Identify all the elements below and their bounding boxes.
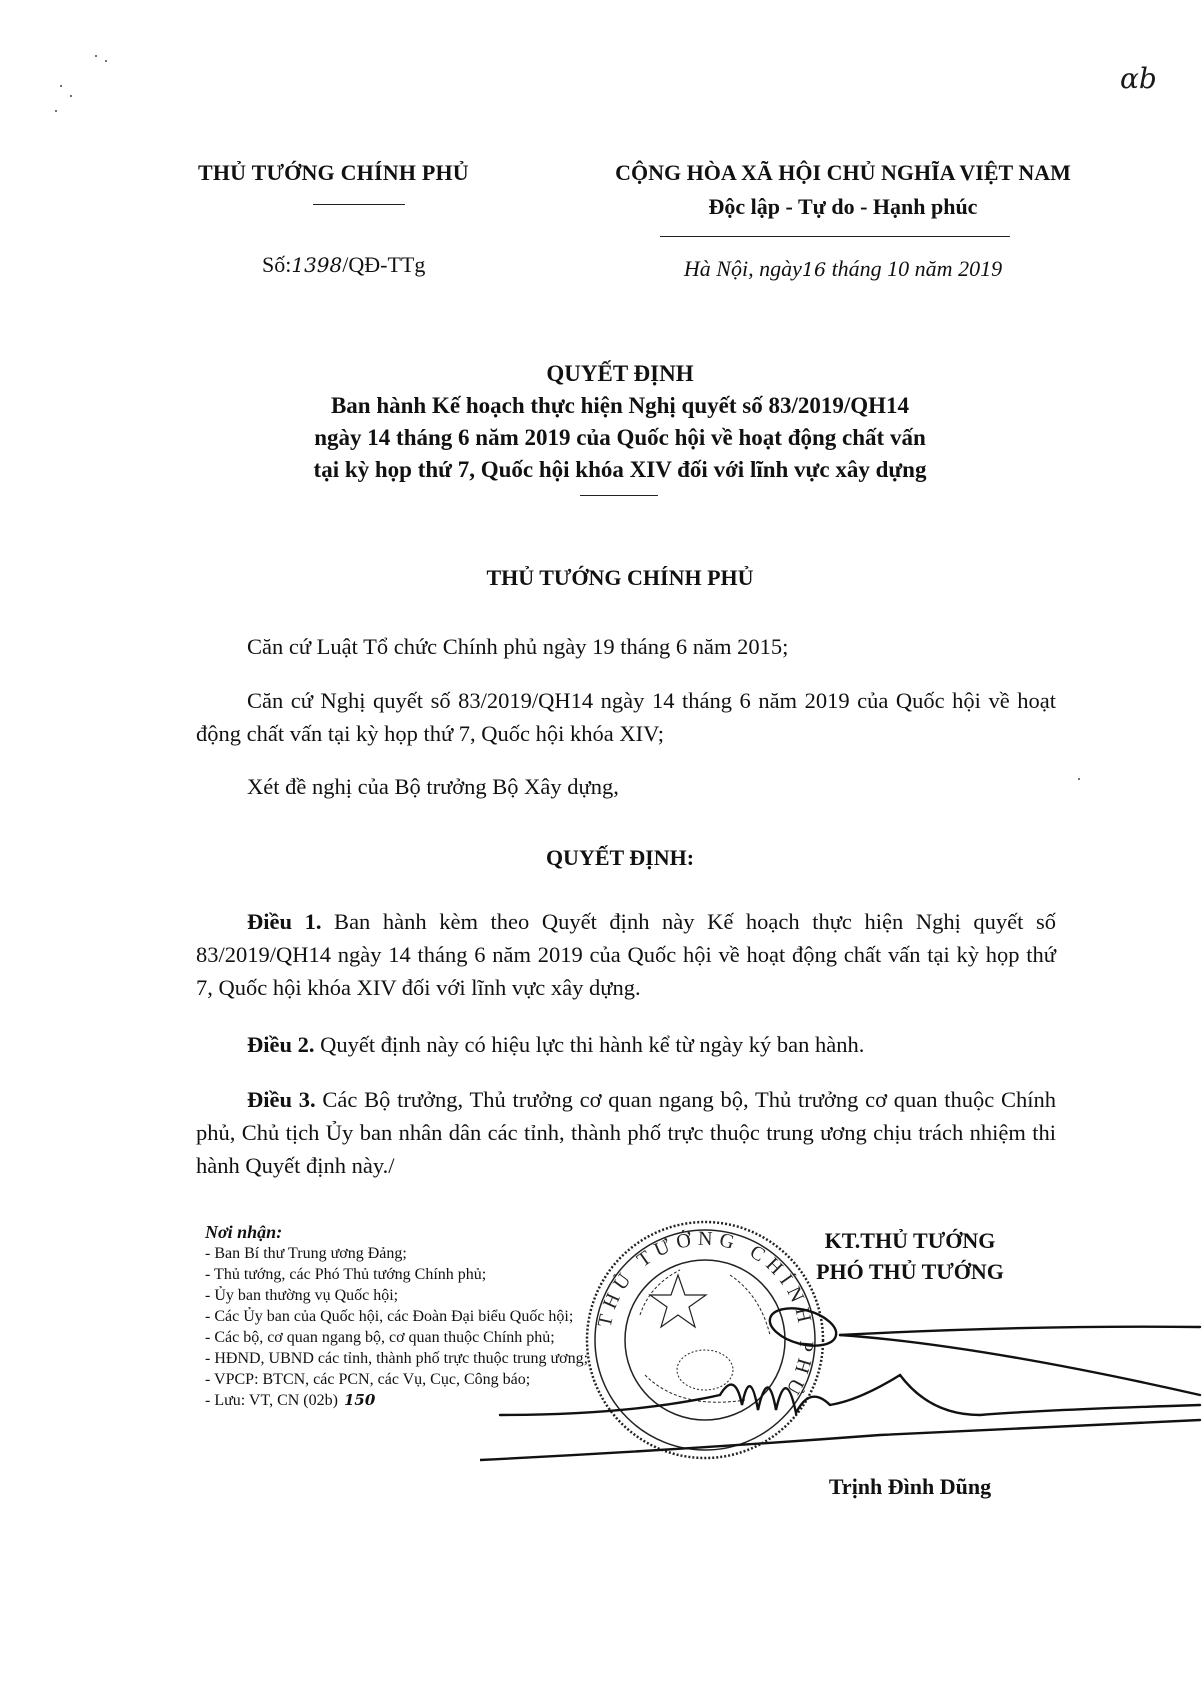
document-type: QUYẾT ĐỊNH	[150, 358, 1090, 390]
article-label: Điều 3.	[247, 1087, 316, 1112]
preamble-paragraph: Căn cứ Luật Tổ chức Chính phủ ngày 19 th…	[196, 630, 1056, 663]
article-label: Điều 1.	[247, 909, 321, 934]
date-prefix: Hà Nội, ngày	[684, 256, 802, 281]
title-divider	[580, 495, 658, 496]
motto-divider	[660, 236, 1010, 237]
scan-speck	[1078, 778, 1080, 780]
recipients-heading: Nơi nhận:	[205, 1222, 588, 1243]
recipient-item: - Các Ủy ban của Quốc hội, các Đoàn Đại …	[205, 1306, 588, 1327]
document-title: QUYẾT ĐỊNH Ban hành Kế hoạch thực hiện N…	[150, 358, 1090, 486]
date-day-handwritten: 16	[802, 259, 826, 281]
title-line: ngày 14 tháng 6 năm 2019 của Quốc hội về…	[150, 422, 1090, 454]
article-text: Quyết định này có hiệu lực thi hành kể t…	[315, 1032, 865, 1057]
national-motto: Độc lập - Tự do - Hạnh phúc	[568, 194, 1118, 220]
number-suffix: /QĐ-TTg	[342, 252, 425, 277]
recipient-item: - Lưu: VT, CN (02b)150	[205, 1390, 588, 1411]
recipient-item: - VPCP: BTCN, các PCN, các Vụ, Cục, Công…	[205, 1369, 588, 1390]
issuing-agency: THỦ TƯỚNG CHÍNH PHỦ	[198, 160, 469, 186]
article-1: Điều 1. Ban hành kèm theo Quyết định này…	[196, 905, 1056, 1004]
recipient-item-text: - Lưu: VT, CN (02b)	[205, 1392, 338, 1409]
number-prefix: Số:	[262, 252, 291, 277]
number-handwritten: 1398	[291, 253, 342, 277]
national-title: CỘNG HÒA XÃ HỘI CHỦ NGHĨA VIỆT NAM	[568, 160, 1118, 186]
title-line: Ban hành Kế hoạch thực hiện Nghị quyết s…	[150, 390, 1090, 422]
recipient-item: - Thủ tướng, các Phó Thủ tướng Chính phủ…	[205, 1264, 588, 1285]
article-text: Các Bộ trưởng, Thủ trưởng cơ quan ngang …	[196, 1087, 1056, 1178]
title-line: tại kỳ họp thứ 7, Quốc hội khóa XIV đối …	[150, 454, 1090, 486]
signer-name: Trịnh Đình Dũng	[760, 1474, 1060, 1500]
recipients-list: Nơi nhận: - Ban Bí thư Trung ương Đảng; …	[205, 1222, 588, 1411]
decision-heading: QUYẾT ĐỊNH:	[150, 845, 1090, 871]
preamble-paragraph: Xét đề nghị của Bộ trưởng Bộ Xây dựng,	[196, 770, 1056, 803]
article-label: Điều 2.	[247, 1032, 315, 1057]
document-number: Số:1398/QĐ-TTg	[262, 252, 425, 278]
recipient-item: - Các bộ, cơ quan ngang bộ, cơ quan thuộ…	[205, 1327, 588, 1348]
date-suffix: tháng 10 năm 2019	[826, 256, 1002, 281]
scan-speck	[95, 55, 97, 57]
margin-handwritten-mark: ɑb	[1120, 62, 1157, 95]
scan-speck	[55, 110, 57, 112]
scan-speck	[105, 60, 107, 62]
handwritten-copy-count: 150	[344, 1391, 375, 1409]
place-and-date: Hà Nội, ngày16 tháng 10 năm 2019	[568, 256, 1118, 282]
signature-title: KT.THỦ TƯỚNG PHÓ THỦ TƯỚNG	[760, 1225, 1060, 1287]
agency-divider	[313, 204, 405, 205]
recipient-item: - Ban Bí thư Trung ương Đảng;	[205, 1243, 588, 1264]
signature-position: PHÓ THỦ TƯỚNG	[760, 1256, 1060, 1287]
recipient-item: - HĐND, UBND các tỉnh, thành phố trực th…	[205, 1348, 588, 1369]
scan-speck	[70, 95, 72, 97]
article-text: Ban hành kèm theo Quyết định này Kế hoạc…	[196, 909, 1056, 1000]
recipient-item: - Ủy ban thường vụ Quốc hội;	[205, 1285, 588, 1306]
issuer-heading: THỦ TƯỚNG CHÍNH PHỦ	[150, 565, 1090, 591]
scan-speck	[60, 85, 62, 87]
preamble-paragraph: Căn cứ Nghị quyết số 83/2019/QH14 ngày 1…	[196, 684, 1056, 750]
signature-authority: KT.THỦ TƯỚNG	[760, 1225, 1060, 1256]
article-3: Điều 3. Các Bộ trưởng, Thủ trưởng cơ qua…	[196, 1083, 1056, 1182]
article-2: Điều 2. Quyết định này có hiệu lực thi h…	[196, 1028, 1056, 1061]
